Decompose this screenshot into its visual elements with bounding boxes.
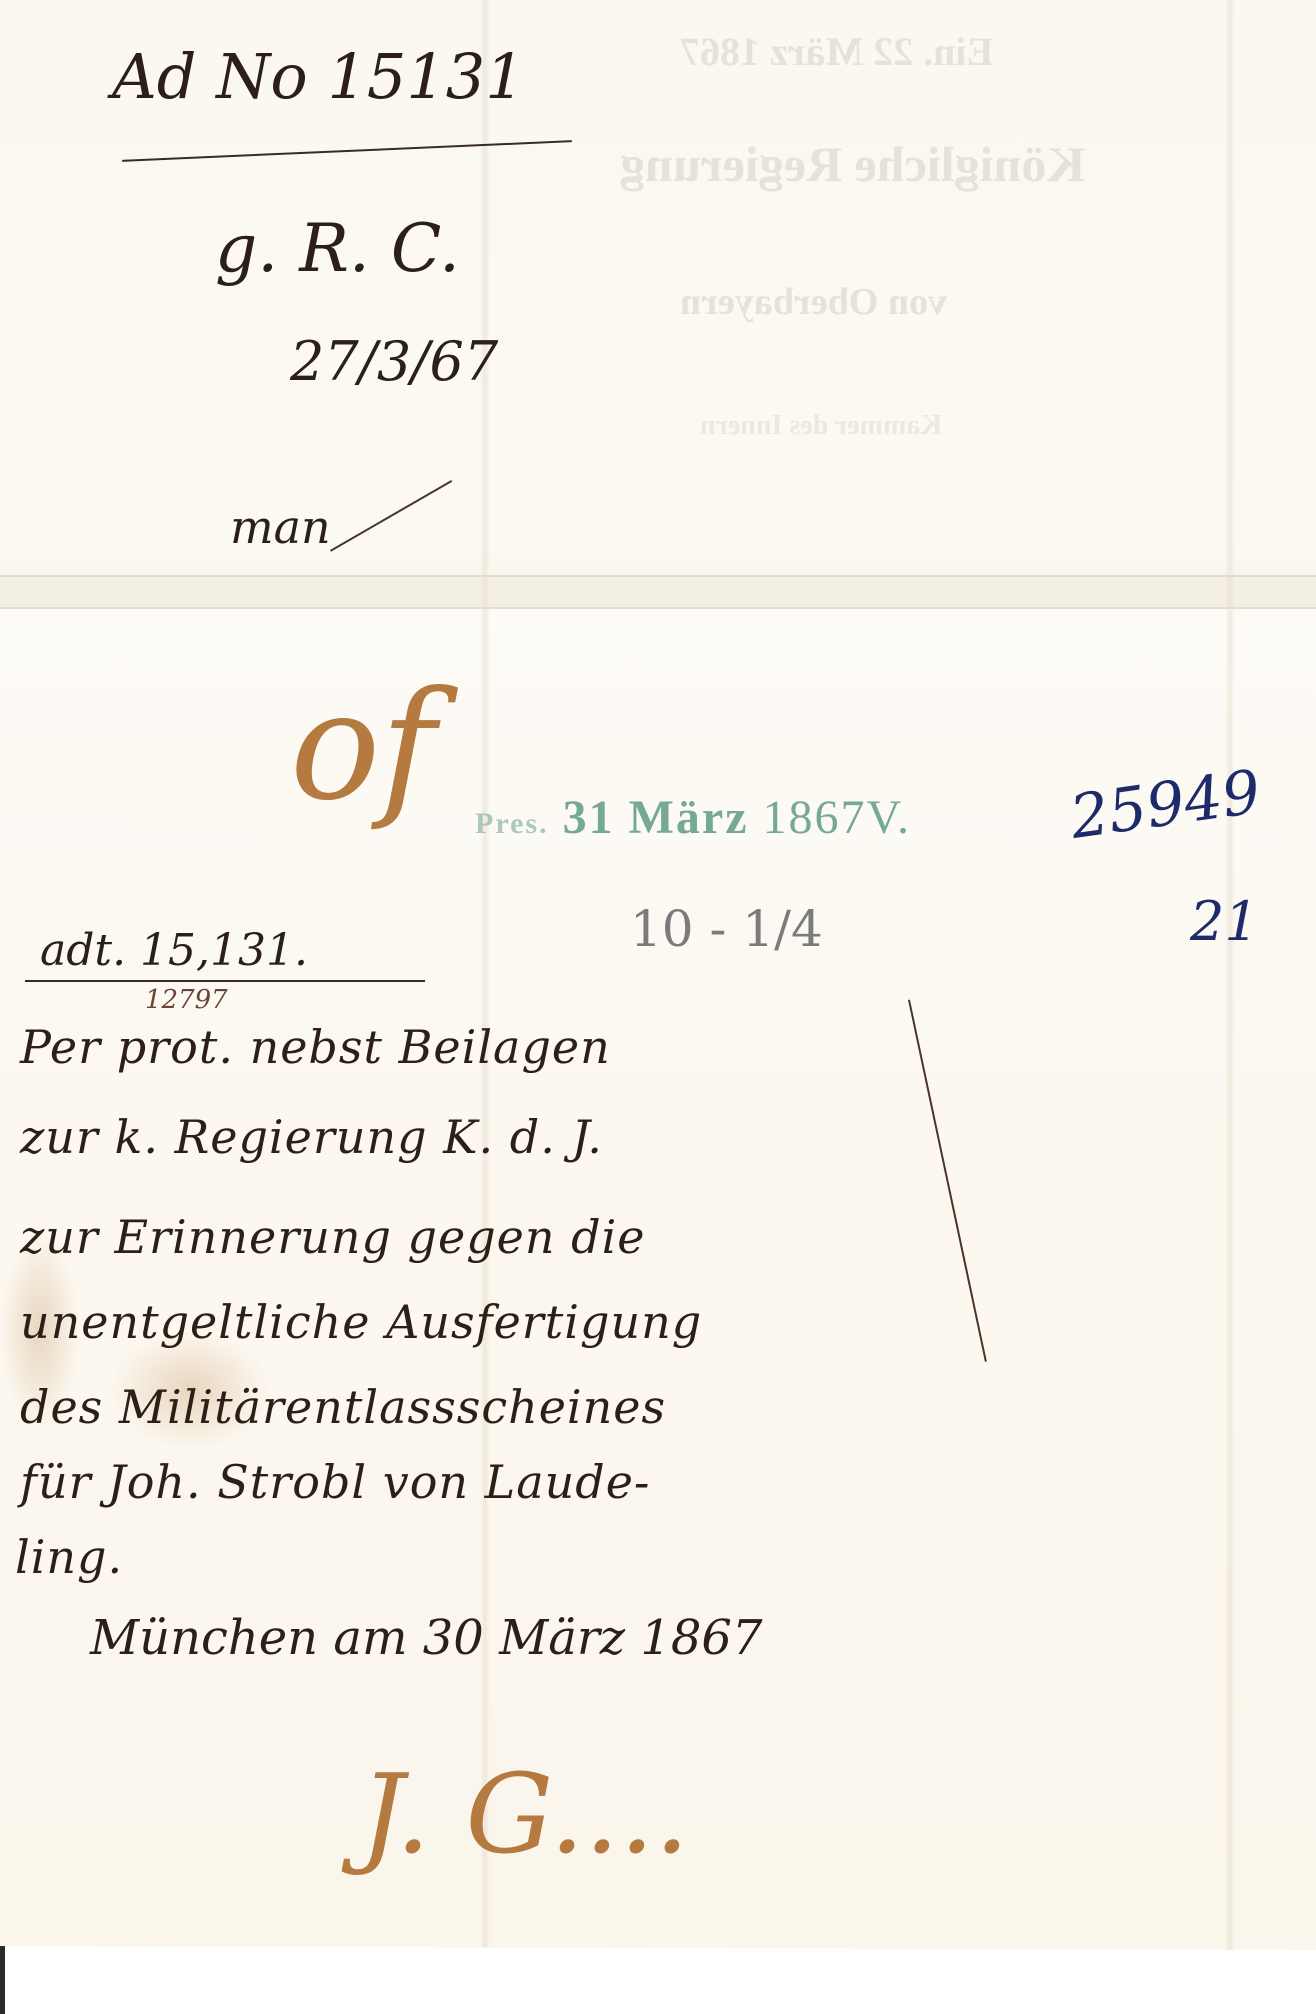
file-subnumber: 12797: [145, 985, 228, 1015]
place-and-date: München am 30 März 1867: [90, 1610, 763, 1666]
stamp-year: 1867: [763, 791, 867, 844]
fold-line-upper: [0, 575, 1316, 577]
body-line-7: ling.: [15, 1530, 123, 1584]
fold-vertical-right: [1225, 0, 1235, 1950]
reference-underline: [122, 140, 572, 162]
reference-number: Ad No 15131: [112, 40, 525, 113]
signature: J. G....: [360, 1750, 689, 1878]
vertical-margin-stroke: [908, 1000, 987, 1362]
initials: g. R. C.: [215, 210, 460, 287]
paraph: man: [230, 500, 331, 554]
bleed-through-region: von Oberbayern: [680, 280, 947, 324]
file-reference-underline: [25, 980, 425, 982]
body-line-2: zur k. Regierung K. d. J.: [20, 1110, 603, 1164]
brown-mark: of: [290, 660, 436, 834]
pencil-note: 10 - 1/4: [630, 900, 823, 958]
body-line-3: zur Erinnerung gegen die: [20, 1210, 646, 1264]
scan-edge: [0, 1946, 5, 2014]
stamp-suffix: V.: [867, 791, 911, 844]
paraph-tail: [330, 480, 452, 552]
stamp-day: 31: [563, 791, 615, 844]
stamp-prefix: Pres.: [475, 807, 549, 840]
bleed-through-authority: Königliche Regierung: [620, 135, 1085, 193]
journal-subnumber: 21: [1190, 890, 1259, 953]
registry-date: 27/3/67: [290, 330, 498, 393]
body-line-4: unentgeltliche Ausfertigung: [20, 1295, 702, 1349]
body-line-6: für Joh. Strobl von Laude-: [20, 1455, 650, 1509]
fold-band: [0, 575, 1316, 607]
stamp-month: März: [629, 791, 749, 844]
body-line-1: Per prot. nebst Beilagen: [20, 1020, 611, 1074]
fold-line-lower: [0, 607, 1316, 609]
journal-number: 25949: [1066, 757, 1265, 853]
file-reference: adt. 15,131.: [40, 925, 308, 976]
bleed-through-chamber: Kammer des Innern: [700, 410, 942, 442]
received-stamp: Pres. 31 März 1867V.: [475, 790, 911, 845]
body-line-5: des Militärentlassscheines: [20, 1380, 666, 1434]
bleed-through-date: Ein. 22 März 1867: [680, 28, 993, 75]
document-paper: Ein. 22 März 1867 Königliche Regierung v…: [0, 0, 1316, 1950]
